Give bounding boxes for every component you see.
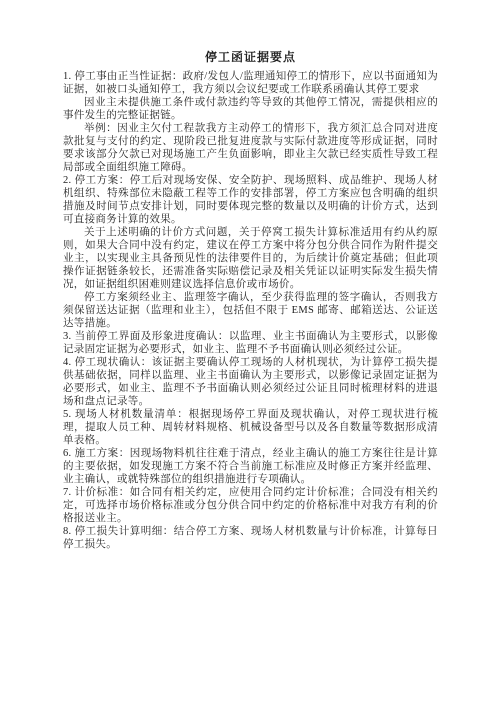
- paragraph: 6. 施工方案：因现场物料机往往难于清点，经业主确认的施工方案往往是计算的主要依…: [63, 447, 438, 486]
- paragraph: 1. 停工事由正当性证据：政府/发包人/监理通知停工的情形下，应以书面通知为证据…: [63, 70, 438, 96]
- document-page: 停工函证据要点 1. 停工事由正当性证据：政府/发包人/监理通知停工的情形下，应…: [0, 0, 500, 707]
- paragraph: 3. 当前停工界面及形象进度确认：以监理、业主书面确认为主要形式，以影像记录固定…: [63, 330, 438, 356]
- paragraph: 2. 停工方案：停工后对现场安保、安全防护、现场照料、成品维护、现场人材机组织、…: [63, 174, 438, 226]
- paragraph: 停工方案须经业主、监理签字确认，至少获得监理的签字确认，否则我方须保留送达证据（…: [63, 291, 438, 330]
- paragraph: 4. 停工现状确认：该证据主要确认停工现场的人材机现状，为计算停工损失提供基础依…: [63, 356, 438, 408]
- paragraph: 7. 计价标准：如合同有相关约定，应使用合同约定计价标准；合同没有相关约定，可选…: [63, 486, 438, 525]
- document-body: 1. 停工事由正当性证据：政府/发包人/监理通知停工的情形下，应以书面通知为证据…: [63, 70, 438, 551]
- paragraph: 举例：因业主欠付工程款我方主动停工的情形下，我方须汇总合同对进度款批复与支付的约…: [63, 122, 438, 174]
- paragraph: 8. 停工损失计算明细：结合停工方案、现场人材机数量与计价标准，计算每日停工损失…: [63, 525, 438, 551]
- document-title: 停工函证据要点: [63, 50, 438, 65]
- paragraph: 关于上述明确的计价方式问题，关于停窝工损失计算标准适用有约从约原则，如果大合同中…: [63, 226, 438, 291]
- paragraph: 因业主未提供施工条件或付款违约等导致的其他停工情况，需提供相应的事件发生的完整证…: [63, 96, 438, 122]
- paragraph: 5. 现场人材机数量清单：根据现场停工界面及现状确认，对停工现状进行梳理，提取人…: [63, 408, 438, 447]
